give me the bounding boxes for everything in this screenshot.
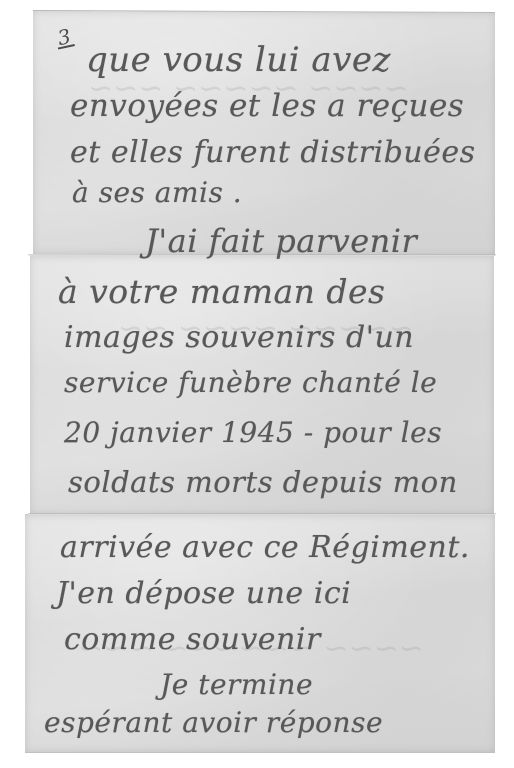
handwritten-line: J'ai fait parvenir (145, 222, 417, 260)
handwritten-line: soldats morts depuis mon (68, 465, 458, 499)
handwritten-line: images souvenirs d'un (64, 320, 414, 355)
handwritten-line: comme souvenir (64, 622, 321, 657)
handwritten-line: envoyées et les a reçues (70, 88, 464, 124)
handwritten-line: à ses amis . (72, 176, 242, 209)
handwritten-line: à votre maman des (58, 272, 386, 311)
scan-viewport: ~~~~ ~~~~~ ~~~ ~~~~~ ~~~~ ~~ ~~~~ ~~~~~~… (0, 0, 514, 768)
handwritten-line: 20 janvier 1945 - pour les (64, 416, 442, 449)
handwritten-line: espérant avoir réponse (44, 706, 383, 739)
handwritten-line: J'en dépose une ici (56, 576, 351, 611)
handwritten-line: arrivée avec ce Régiment. (60, 530, 470, 565)
handwritten-line: service funèbre chanté le (64, 366, 437, 399)
handwritten-line: et elles furent distribuées (70, 135, 476, 170)
fold-crease (28, 513, 496, 515)
handwritten-line: que vous lui avez (86, 40, 391, 80)
handwritten-line: Je termine (160, 668, 313, 701)
